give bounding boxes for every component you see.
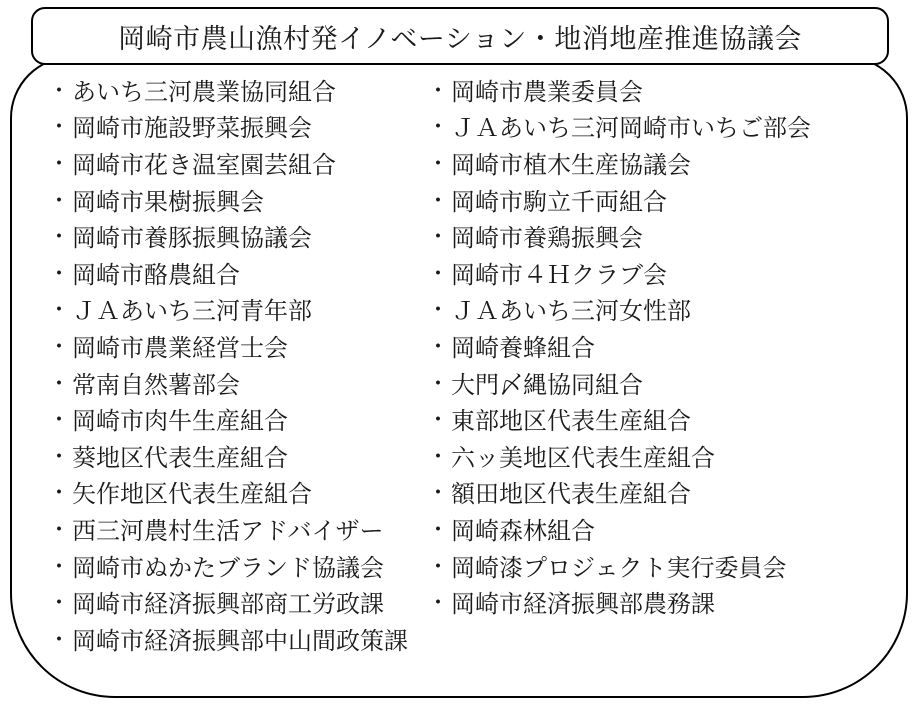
bullet-icon: ・ bbox=[427, 550, 451, 581]
list-item: ・額田地区代表生産組合 bbox=[427, 474, 811, 511]
member-name: 常南自然薯部会 bbox=[72, 365, 240, 400]
bullet-icon: ・ bbox=[48, 110, 72, 141]
list-item: ・岡崎市ぬかたブランド協議会 bbox=[48, 547, 408, 584]
bullet-icon: ・ bbox=[48, 440, 72, 471]
bullet-icon: ・ bbox=[48, 74, 72, 105]
list-item: ・東部地区代表生産組合 bbox=[427, 400, 811, 437]
bullet-icon: ・ bbox=[48, 623, 72, 654]
list-item: ・岡崎市経済振興部中山間政策課 bbox=[48, 620, 408, 657]
list-item: ・岡崎市農業経営士会 bbox=[48, 327, 408, 364]
bullet-icon: ・ bbox=[427, 184, 451, 215]
bullet-icon: ・ bbox=[48, 586, 72, 617]
member-name: 岡崎市ぬかたブランド協議会 bbox=[72, 548, 384, 583]
member-name: 岡崎市農業委員会 bbox=[451, 72, 643, 107]
member-name: 岡崎漆プロジェクト実行委員会 bbox=[451, 548, 787, 583]
list-item: ・矢作地区代表生産組合 bbox=[48, 474, 408, 511]
member-name: あいち三河農業協同組合 bbox=[72, 72, 336, 107]
bullet-icon: ・ bbox=[48, 257, 72, 288]
bullet-icon: ・ bbox=[427, 513, 451, 544]
title-banner: 岡崎市農山漁村発イノベーション・地消地産推進協議会 bbox=[31, 7, 889, 65]
bullet-icon: ・ bbox=[48, 476, 72, 507]
list-item: ・ＪＡあいち三河青年部 bbox=[48, 291, 408, 328]
bullet-icon: ・ bbox=[427, 476, 451, 507]
member-name: 岡崎市経済振興部農務課 bbox=[451, 584, 715, 619]
member-name: 岡崎市駒立千両組合 bbox=[451, 182, 667, 217]
list-item: ・岡崎市施設野菜振興会 bbox=[48, 108, 408, 145]
list-item: ・岡崎養蜂組合 bbox=[427, 327, 811, 364]
bullet-icon: ・ bbox=[427, 257, 451, 288]
list-item: ・岡崎森林組合 bbox=[427, 510, 811, 547]
member-name: 岡崎市酪農組合 bbox=[72, 255, 240, 290]
list-item: ・葵地区代表生産組合 bbox=[48, 437, 408, 474]
list-item: ・岡崎市肉牛生産組合 bbox=[48, 400, 408, 437]
member-name: 東部地区代表生産組合 bbox=[451, 401, 691, 436]
member-column-right: ・岡崎市農業委員会・ＪＡあいち三河岡崎市いちご部会・岡崎市植木生産協議会・岡崎市… bbox=[427, 71, 811, 620]
bullet-icon: ・ bbox=[48, 147, 72, 178]
list-item: ・岡崎市酪農組合 bbox=[48, 254, 408, 291]
bullet-icon: ・ bbox=[48, 330, 72, 361]
bullet-icon: ・ bbox=[48, 403, 72, 434]
list-item: ・岡崎市経済振興部農務課 bbox=[427, 583, 811, 620]
list-item: ・岡崎市果樹振興会 bbox=[48, 181, 408, 218]
bullet-icon: ・ bbox=[427, 220, 451, 251]
list-item: ・常南自然薯部会 bbox=[48, 364, 408, 401]
list-item: ・岡崎市養豚振興協議会 bbox=[48, 217, 408, 254]
member-name: 岡崎市経済振興部商工労政課 bbox=[72, 584, 384, 619]
list-item: ・岡崎市植木生産協議会 bbox=[427, 144, 811, 181]
member-column-left: ・あいち三河農業協同組合・岡崎市施設野菜振興会・岡崎市花き温室園芸組合・岡崎市果… bbox=[48, 71, 408, 657]
member-name: 岡崎市４Ｈクラブ会 bbox=[451, 255, 667, 290]
member-name: 岡崎市肉牛生産組合 bbox=[72, 401, 288, 436]
list-item: ・あいち三河農業協同組合 bbox=[48, 71, 408, 108]
list-item: ・岡崎市農業委員会 bbox=[427, 71, 811, 108]
list-item: ・岡崎市駒立千両組合 bbox=[427, 181, 811, 218]
member-name: ＪＡあいち三河岡崎市いちご部会 bbox=[451, 108, 811, 143]
bullet-icon: ・ bbox=[48, 220, 72, 251]
member-name: 岡崎市果樹振興会 bbox=[72, 182, 264, 217]
bullet-icon: ・ bbox=[427, 586, 451, 617]
member-name: 葵地区代表生産組合 bbox=[72, 438, 288, 473]
page-title: 岡崎市農山漁村発イノベーション・地消地産推進協議会 bbox=[118, 17, 802, 56]
member-name: 岡崎市養豚振興協議会 bbox=[72, 218, 312, 253]
bullet-icon: ・ bbox=[427, 403, 451, 434]
bullet-icon: ・ bbox=[48, 513, 72, 544]
bullet-icon: ・ bbox=[427, 330, 451, 361]
list-item: ・岡崎市花き温室園芸組合 bbox=[48, 144, 408, 181]
member-name: 岡崎市施設野菜振興会 bbox=[72, 108, 312, 143]
bullet-icon: ・ bbox=[427, 367, 451, 398]
bullet-icon: ・ bbox=[48, 293, 72, 324]
member-name: 額田地区代表生産組合 bbox=[451, 474, 691, 509]
list-item: ・岡崎市養鶏振興会 bbox=[427, 217, 811, 254]
bullet-icon: ・ bbox=[427, 74, 451, 105]
list-item: ・大門〆縄協同組合 bbox=[427, 364, 811, 401]
bullet-icon: ・ bbox=[427, 293, 451, 324]
bullet-icon: ・ bbox=[48, 367, 72, 398]
member-name: ＪＡあいち三河女性部 bbox=[451, 291, 691, 326]
member-name: 岡崎養蜂組合 bbox=[451, 328, 595, 363]
member-name: 岡崎市農業経営士会 bbox=[72, 328, 288, 363]
list-item: ・ＪＡあいち三河女性部 bbox=[427, 291, 811, 328]
council-member-page: 岡崎市農山漁村発イノベーション・地消地産推進協議会 ・あいち三河農業協同組合・岡… bbox=[0, 0, 920, 715]
member-name: 岡崎市花き温室園芸組合 bbox=[72, 145, 336, 180]
list-item: ・岡崎漆プロジェクト実行委員会 bbox=[427, 547, 811, 584]
member-name: 西三河農村生活アドバイザー bbox=[72, 511, 384, 546]
list-item: ・ＪＡあいち三河岡崎市いちご部会 bbox=[427, 108, 811, 145]
member-name: 矢作地区代表生産組合 bbox=[72, 474, 312, 509]
member-name: 岡崎森林組合 bbox=[451, 511, 595, 546]
bullet-icon: ・ bbox=[48, 550, 72, 581]
bullet-icon: ・ bbox=[427, 440, 451, 471]
list-item: ・岡崎市４Ｈクラブ会 bbox=[427, 254, 811, 291]
member-name: ＪＡあいち三河青年部 bbox=[72, 291, 312, 326]
list-item: ・岡崎市経済振興部商工労政課 bbox=[48, 583, 408, 620]
bullet-icon: ・ bbox=[427, 147, 451, 178]
member-name: 岡崎市経済振興部中山間政策課 bbox=[72, 621, 408, 656]
list-item: ・六ッ美地区代表生産組合 bbox=[427, 437, 811, 474]
list-item: ・西三河農村生活アドバイザー bbox=[48, 510, 408, 547]
bullet-icon: ・ bbox=[48, 184, 72, 215]
member-name: 六ッ美地区代表生産組合 bbox=[451, 438, 715, 473]
member-name: 岡崎市植木生産協議会 bbox=[451, 145, 691, 180]
member-name: 大門〆縄協同組合 bbox=[451, 365, 643, 400]
member-name: 岡崎市養鶏振興会 bbox=[451, 218, 643, 253]
bullet-icon: ・ bbox=[427, 110, 451, 141]
